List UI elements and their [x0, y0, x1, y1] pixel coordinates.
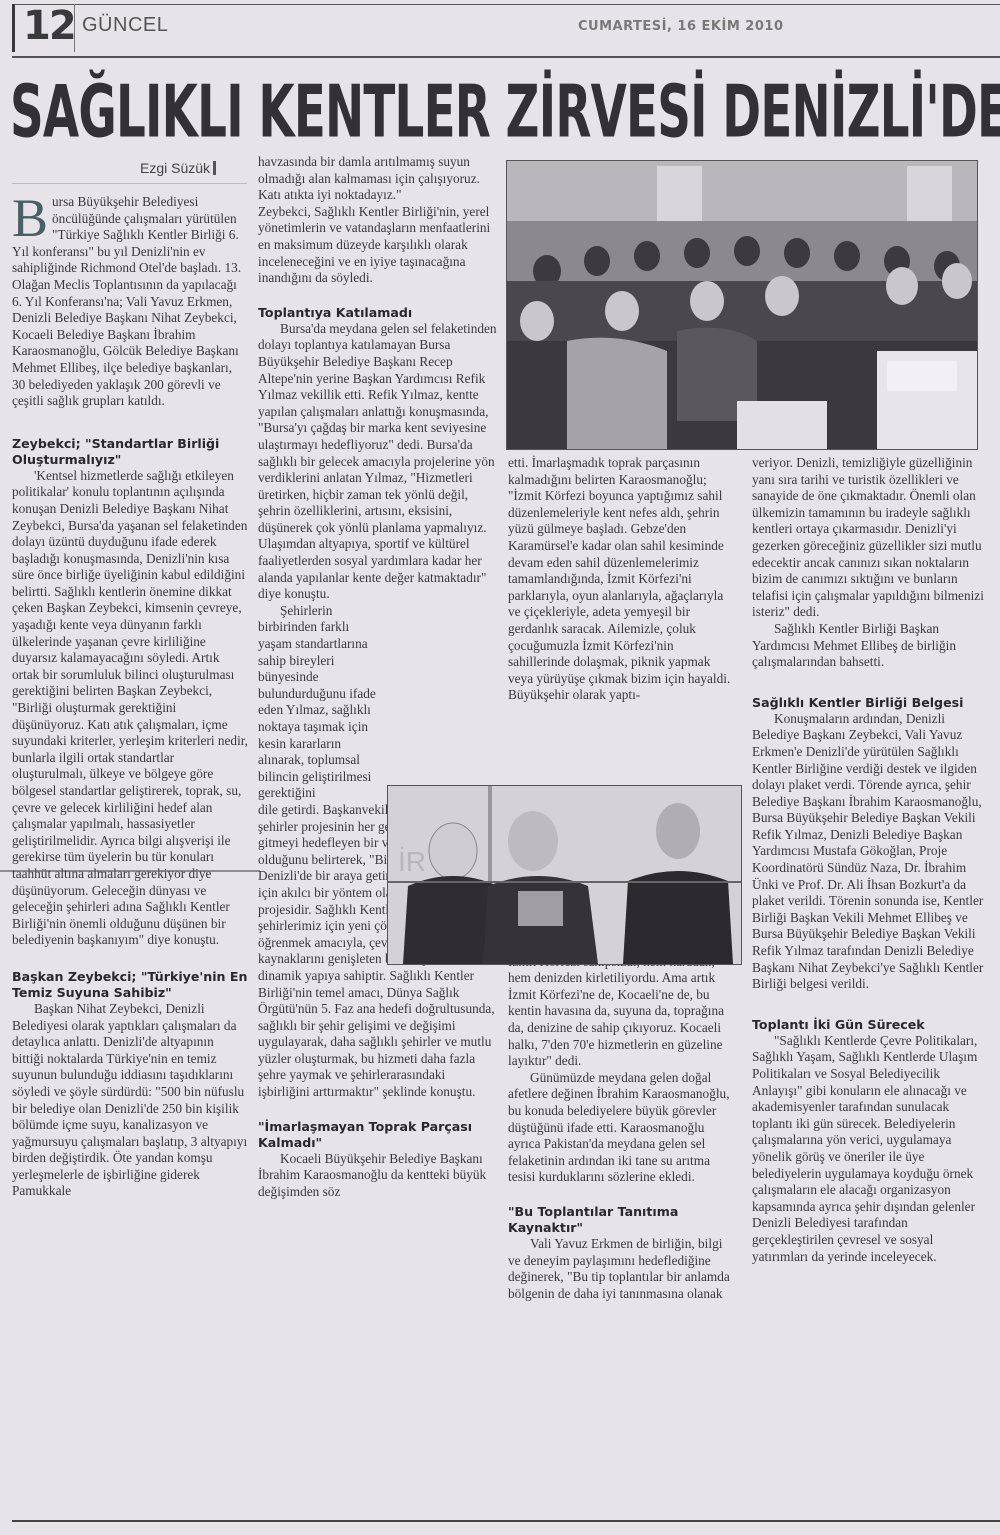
byline-rule	[12, 183, 247, 184]
paragraph-narrow: Şehirlerin birbirinden farklı yaşam stan…	[258, 603, 378, 802]
paragraph: 'Kentsel hizmetlerde sağlığı etkileyen p…	[12, 468, 248, 949]
subhead-imarlasmayan: "İmarlaşmayan Toprak Parçası Kalmadı"	[258, 1119, 498, 1151]
byline-bar	[213, 161, 216, 175]
subhead-temiz-su: Başkan Zeybekci; "Türkiye'nin En Temiz S…	[12, 969, 248, 1001]
paragraph: Bursa'da meydana gelen sel felaketinden …	[258, 321, 498, 603]
paragraph: Konuşmaların ardından, Denizli Belediye …	[752, 711, 984, 993]
paragraph: etti. İmarlaşmadık toprak parçasının kal…	[508, 455, 738, 704]
page-number: 12	[12, 4, 53, 52]
paragraph: veriyor. Denizli, temizliğiyle güzelliği…	[752, 455, 984, 621]
column-4: veriyor. Denizli, temizliğiyle güzelliği…	[752, 455, 984, 1265]
plaque-ceremony-photo: İR	[387, 785, 742, 965]
section-name: GÜNCEL	[82, 14, 168, 37]
subhead-tanitima-kaynak: "Bu Toplantılar Tanıtıma Kaynaktır"	[508, 1204, 738, 1236]
paragraph: Kocaeli Büyükşehir Belediye Başkanı İbra…	[258, 1151, 498, 1201]
column-1: Bursa Büyükşehir Belediyesi öncülüğünde …	[12, 194, 248, 1200]
paragraph: Günümüzde meydana gelen doğal afetlere d…	[508, 1070, 738, 1186]
photo-image	[507, 161, 977, 449]
bottom-rule	[12, 1520, 1000, 1522]
column-2: havzasında bir damla arıtılmamış suyun o…	[258, 154, 498, 1200]
author-name: Ezgi Süzük	[140, 160, 210, 176]
paragraph: Zeybekci, Sağlıklı Kentler Birliği'nin, …	[258, 204, 498, 287]
section-divider	[74, 4, 75, 52]
paragraph: havzasında bir damla arıtılmamış suyun o…	[258, 154, 498, 204]
paragraph: Başkan Nihat Zeybekci, Denizli Belediyes…	[12, 1001, 248, 1200]
byline: Ezgi Süzük	[140, 160, 216, 176]
subhead-birlik-belgesi: Sağlıklı Kentler Birliği Belgesi	[752, 695, 984, 711]
top-rule	[12, 4, 1000, 5]
photo-image: İR	[388, 786, 741, 964]
subhead-toplantiya-katilamadi: Toplantıya Katılamadı	[258, 305, 498, 321]
drop-cap: B	[12, 196, 48, 240]
headline: SAĞLIKLI KENTLER ZİRVESİ DENİZLİ'DE TOPL…	[10, 62, 771, 163]
paragraph: Vali Yavuz Erkmen de birliğin, bilgi ve …	[508, 1236, 738, 1302]
subhead-standartlar: Zeybekci; "Standartlar Birliği Oluşturma…	[12, 436, 248, 468]
conference-audience-photo	[506, 160, 978, 450]
paper-fold	[0, 870, 260, 872]
subhead-iki-gun: Toplantı İki Gün Sürecek	[752, 1017, 984, 1033]
masthead-rule	[12, 56, 1000, 58]
lead-paragraph: Bursa Büyükşehir Belediyesi öncülüğünde …	[12, 194, 248, 410]
issue-date: CUMARTESİ, 16 EKİM 2010	[578, 19, 783, 34]
svg-text:İR: İR	[398, 846, 426, 877]
paragraph: Sağlıklı Kentler Birliği Başkan Yardımcı…	[752, 621, 984, 671]
masthead: 12 GÜNCEL CUMARTESİ, 16 EKİM 2010	[0, 0, 1000, 57]
paragraph: "Sağlıklı Kentlerde Çevre Politikaları, …	[752, 1033, 984, 1265]
